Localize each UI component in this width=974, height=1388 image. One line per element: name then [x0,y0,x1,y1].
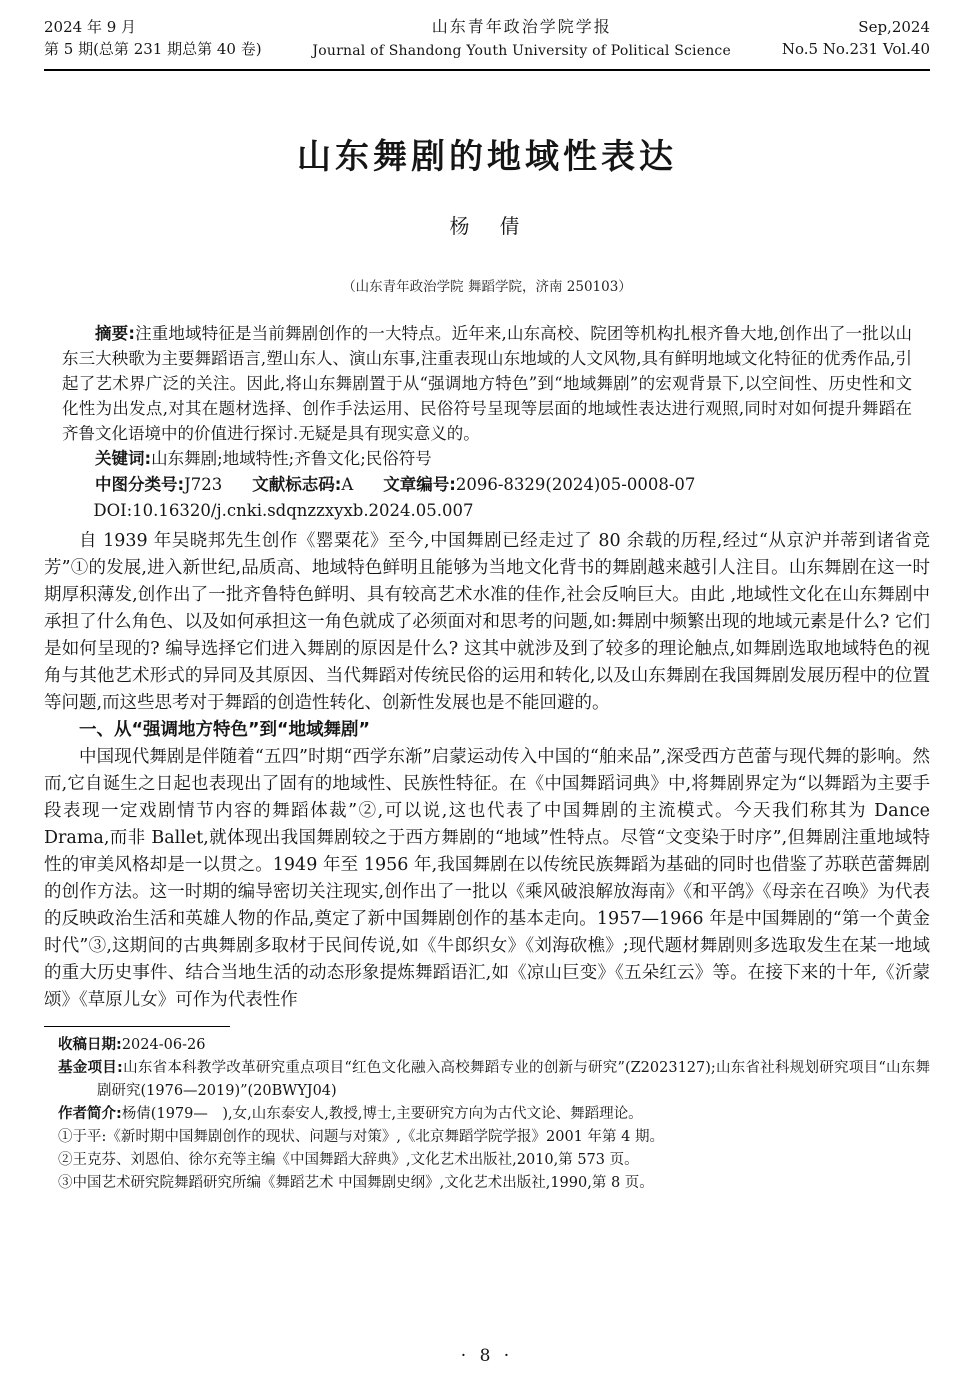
author-affiliation: （山东青年政治学院 舞蹈学院，济南 250103） [44,275,930,295]
doc-code-pair: 文献标志码:A [252,475,353,494]
doc-code-value: A [341,475,353,494]
footnote-1: ①于平:《新时期中国舞剧创作的现状、问题与对策》,《北京舞蹈学院学报》2001 … [58,1126,930,1149]
article-body: 自 1939 年吴晓邦先生创作《罂粟花》至今,中国舞剧已经走过了 80 余载的历… [44,528,930,1014]
footnote-rule [44,1026,230,1027]
keywords-label: 关键词: [95,449,151,468]
received-date-value: 2024-06-26 [122,1037,206,1053]
header-rule [44,69,930,71]
issue-date-cn: 2024 年 9 月 [44,16,262,38]
author-name: 杨 倩 [44,210,930,239]
header-center: 山东青年政治学院学报 Journal of Shandong Youth Uni… [262,16,782,62]
journal-header: 2024 年 9 月 第 5 期(总第 231 期总第 40 卷) 山东青年政治… [44,16,930,69]
clc-pair: 中图分类号:J723 [95,475,222,494]
doi-line: DOI:10.16320/j.cnki.sdqnzzxyxb.2024.05.0… [62,498,912,524]
page-number: · 8 · [0,1346,974,1366]
article-id-pair: 文章编号:2096-8329(2024)05-0008-07 [383,475,695,494]
journal-title-en: Journal of Shandong Youth University of … [262,40,782,62]
footnote-3: ③中国艺术研究院舞蹈研究所编《舞蹈艺术 中国舞剧史纲》,文化艺术出版社,1990… [58,1172,930,1195]
journal-page: 2024 年 9 月 第 5 期(总第 231 期总第 40 卷) 山东青年政治… [0,0,974,1388]
issue-number-cn: 第 5 期(总第 231 期总第 40 卷) [44,38,262,60]
body-paragraph-2: 中国现代舞剧是伴随着“五四”时期“西学东渐”启蒙运动传入中国的“舶来品”,深受西… [44,744,930,1014]
abstract-block: 摘要:注重地域特征是当前舞剧创作的一大特点。近年来,山东高校、院团等机构扎根齐鲁… [62,321,912,524]
author-bio-text: 杨倩(1979— ),女,山东泰安人,教授,博士,主要研究方向为古代文论、舞蹈理… [122,1106,643,1122]
keywords-line: 关键词:山东舞剧;地域特性;齐鲁文化;民俗符号 [62,446,912,472]
journal-title-cn: 山东青年政治学院学报 [262,16,782,38]
footnotes-block: 收稿日期:2024-06-26 基金项目:山东省本科教学改革研究重点项目“红色文… [44,1026,930,1195]
abstract-text: 注重地域特征是当前舞剧创作的一大特点。近年来,山东高校、院团等机构扎根齐鲁大地,… [62,324,912,443]
body-paragraph-1: 自 1939 年吴晓邦先生创作《罂粟花》至今,中国舞剧已经走过了 80 余载的历… [44,528,930,717]
meta-line: 中图分类号:J723文献标志码:A文章编号:2096-8329(2024)05-… [62,472,912,498]
clc-label: 中图分类号: [95,475,184,494]
fund-project-label: 基金项目: [58,1060,123,1076]
received-date-label: 收稿日期: [58,1037,122,1053]
issue-date-en: Sep,2024 [782,16,930,38]
fund-project-text: 山东省本科教学改革研究重点项目“红色文化融入高校舞蹈专业的创新与研究”(Z202… [97,1060,930,1099]
clc-value: J723 [184,475,222,494]
keywords-text: 山东舞剧;地域特性;齐鲁文化;民俗符号 [151,449,432,468]
section-1-heading: 一、从“强调地方特色”到“地域舞剧” [44,717,930,744]
header-left: 2024 年 9 月 第 5 期(总第 231 期总第 40 卷) [44,16,262,60]
fund-project-line: 基金项目:山东省本科教学改革研究重点项目“红色文化融入高校舞蹈专业的创新与研究”… [58,1057,930,1103]
received-date-line: 收稿日期:2024-06-26 [58,1034,930,1057]
article-id-value: 2096-8329(2024)05-0008-07 [456,475,696,494]
article-title: 山东舞剧的地域性表达 [44,129,930,178]
doc-code-label: 文献标志码: [252,475,341,494]
issue-number-en: No.5 No.231 Vol.40 [782,38,930,60]
header-right: Sep,2024 No.5 No.231 Vol.40 [782,16,930,60]
footnote-2: ②王克芬、刘恩伯、徐尔充等主编《中国舞蹈大辞典》,文化艺术出版社,2010,第 … [58,1149,930,1172]
author-bio-label: 作者简介: [58,1106,122,1122]
abstract-paragraph: 摘要:注重地域特征是当前舞剧创作的一大特点。近年来,山东高校、院团等机构扎根齐鲁… [62,321,912,446]
article-id-label: 文章编号: [383,475,456,494]
abstract-label: 摘要: [95,324,135,343]
author-bio-line: 作者简介:杨倩(1979— ),女,山东泰安人,教授,博士,主要研究方向为古代文… [58,1103,930,1126]
